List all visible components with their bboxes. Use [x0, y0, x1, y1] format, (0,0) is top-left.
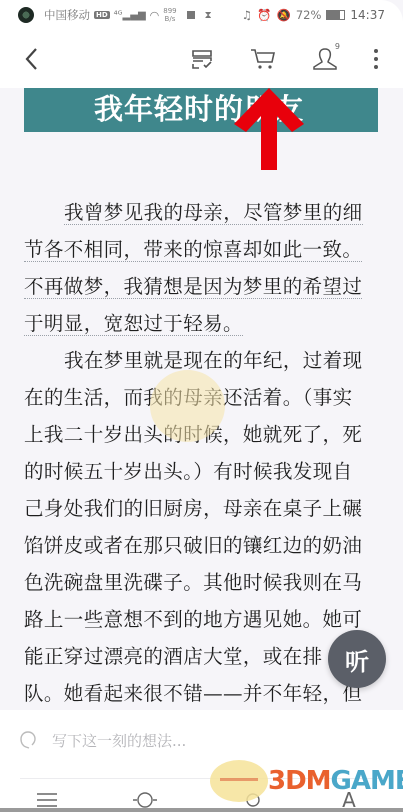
text-line: 我曾梦见我的母亲，尽管梦里的细 — [64, 201, 363, 225]
reader-top-bar: 9 — [0, 30, 403, 88]
status-bar: 中国移动 HD ⁴ᴳ▂▄▆ ◠ 899B/s ⧗ ♫ ⏰ 🔕 72% 14:37 — [0, 0, 403, 30]
text-line: 馅饼皮或者在那只破旧的镶红边的奶油 — [24, 527, 380, 564]
profile-badge: 9 — [335, 42, 340, 51]
bookshelf-icon — [190, 47, 216, 71]
chapter-title-banner: 我年轻时的朋友 — [24, 88, 378, 132]
text-line: 色洗碗盘里洗碟子。其他时候我则在马 — [24, 564, 380, 601]
more-options-button[interactable] — [364, 44, 388, 74]
hourglass-icon: ⧗ — [205, 10, 212, 21]
more-vertical-icon — [373, 48, 379, 70]
text-line: 己身处我们的旧厨房，母亲在桌子上碾 — [24, 490, 380, 527]
text-line: 能正穿过漂亮的酒店大堂，或在排 — [24, 638, 380, 675]
bookshelf-button[interactable] — [186, 44, 220, 74]
thought-bubble-icon — [20, 731, 36, 749]
paragraph-2: 我在梦里就是现在的年纪，过着现 在的生活，而我的母亲还活着。（事实 上我二十岁出… — [24, 342, 380, 710]
screen: 中国移动 HD ⁴ᴳ▂▄▆ ◠ 899B/s ⧗ ♫ ⏰ 🔕 72% 14:37… — [0, 0, 403, 812]
carrier-name: 中国移动 — [44, 7, 90, 23]
list-icon — [36, 791, 58, 809]
text-line: 队。她看起来很不错——并不年轻，但 — [24, 675, 380, 710]
text-line: 不再做梦，我猜想是因为梦里的希望过 — [24, 275, 362, 299]
alarm-icon: ⏰ — [257, 8, 271, 22]
text-line: 上我二十岁出头的时候，她就死了，死 — [24, 416, 380, 453]
system-nav-strip — [0, 808, 403, 812]
listen-button[interactable]: 听 — [328, 630, 386, 688]
text-line: 路上一些意想不到的地方遇见她。她可 — [24, 601, 380, 638]
battery-icon — [326, 10, 345, 20]
cart-icon — [250, 47, 276, 71]
text-line: 我在梦里就是现在的年纪，过着现 — [24, 342, 380, 379]
notification-square-icon — [187, 11, 195, 19]
reader-bottom-panel: 写下这一刻的想法... A — [0, 710, 403, 812]
divider — [20, 778, 383, 779]
profile-button[interactable]: 9 — [308, 44, 342, 74]
comment-input[interactable]: 写下这一刻的想法... — [20, 722, 383, 758]
clock: 14:37 — [350, 8, 385, 22]
text-line: 在的生活，而我的母亲还活着。（事实 — [24, 379, 380, 416]
app-notification-icon — [18, 7, 34, 23]
wifi-icon: ◠ — [150, 9, 160, 22]
reader-content[interactable]: 我年轻时的朋友 我曾梦见我的母亲，尽管梦里的细 节各不相同，带来的惊喜却如此一致… — [0, 88, 403, 710]
text-line: 的时候五十岁出头。）有时候我发现自 — [24, 453, 380, 490]
headset-icon: ♫ — [242, 8, 252, 22]
comment-placeholder: 写下这一刻的想法... — [52, 730, 186, 751]
chevron-left-icon — [24, 47, 38, 71]
paragraph-1: 我曾梦见我的母亲，尽管梦里的细 节各不相同，带来的惊喜却如此一致。 不再做梦，我… — [24, 194, 380, 342]
annotation-arrow-up-icon — [234, 88, 304, 170]
cart-button[interactable] — [246, 44, 280, 74]
text-line: 于明显，宽恕过于轻易。 — [24, 312, 243, 336]
back-button[interactable] — [16, 44, 46, 74]
hd-badge: HD — [94, 11, 110, 19]
net-speed: 899B/s — [163, 7, 176, 23]
text-line: 节各不相同，带来的惊喜却如此一致。 — [24, 238, 362, 262]
cellular-signal-icon: ⁴ᴳ▂▄▆ — [114, 10, 146, 21]
progress-slider-icon — [132, 791, 158, 809]
mute-bell-icon: 🔕 — [277, 8, 291, 22]
battery-percent: 72% — [296, 8, 322, 22]
